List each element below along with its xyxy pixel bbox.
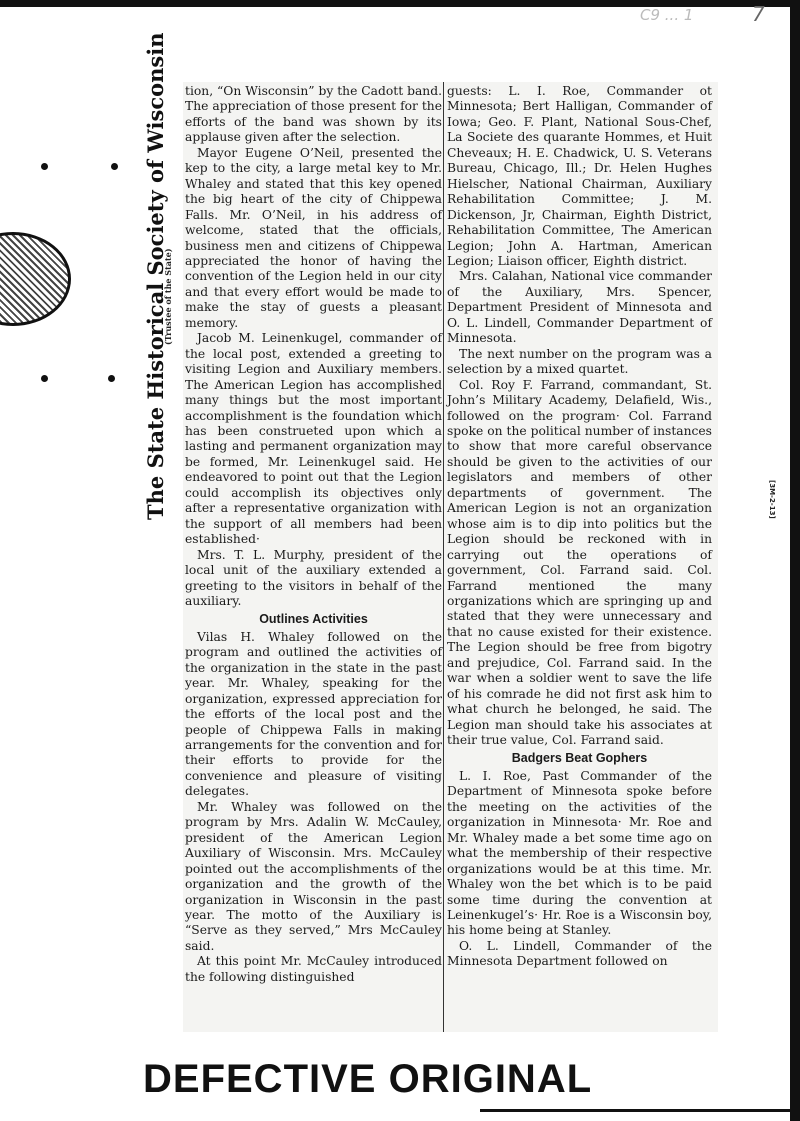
article-column-1: tion, “On Wisconsin” by the Cadott band.… [185, 84, 442, 985]
paragraph: The next number on the program was a sel… [447, 347, 712, 378]
paragraph: Jacob M. Leinenkugel, commander of the l… [185, 331, 442, 547]
paragraph: At this point Mr. McCauley introduced th… [185, 954, 442, 985]
paragraph: L. I. Roe, Past Commander of the Departm… [447, 769, 712, 939]
page-number: 7 [752, 2, 765, 26]
paragraph: O. L. Lindell, Commander of the Minnesot… [447, 939, 712, 970]
article-column-2: guests: L. I. Roe, Commander ot Minnesot… [447, 84, 712, 970]
punch-hole-icon [41, 163, 48, 170]
paragraph: Vilas H. Whaley followed on the program … [185, 630, 442, 800]
paragraph: Mr. Whaley was followed on the program b… [185, 800, 442, 955]
scan-right-border [790, 0, 800, 1121]
scan-bottom-line [480, 1109, 790, 1112]
punch-hole-icon [41, 375, 48, 382]
punch-hole-icon [108, 375, 115, 382]
section-heading: Outlines Activities [185, 612, 442, 627]
punch-hole-icon [111, 163, 118, 170]
paragraph: Mrs. Calahan, National vice commander of… [447, 269, 712, 346]
paragraph: Mayor Eugene O’Neil, presented the kep t… [185, 146, 442, 331]
society-subtitle: (Trustee of the State) [163, 248, 173, 345]
archive-stamp: [3M-2-13] [768, 480, 776, 519]
paragraph: tion, “On Wisconsin” by the Cadott band.… [185, 84, 442, 146]
handwritten-note: C9 ... 1 [640, 6, 693, 24]
paragraph: Col. Roy F. Farrand, commandant, St. Joh… [447, 378, 712, 749]
society-seal-icon [0, 232, 71, 326]
column-divider [443, 82, 444, 1032]
defective-original-stamp: DEFECTIVE ORIGINAL [143, 1057, 592, 1102]
paragraph: Mrs. T. L. Murphy, president of the loca… [185, 548, 442, 610]
paragraph: guests: L. I. Roe, Commander ot Minnesot… [447, 84, 712, 269]
section-heading: Badgers Beat Gophers [447, 751, 712, 766]
